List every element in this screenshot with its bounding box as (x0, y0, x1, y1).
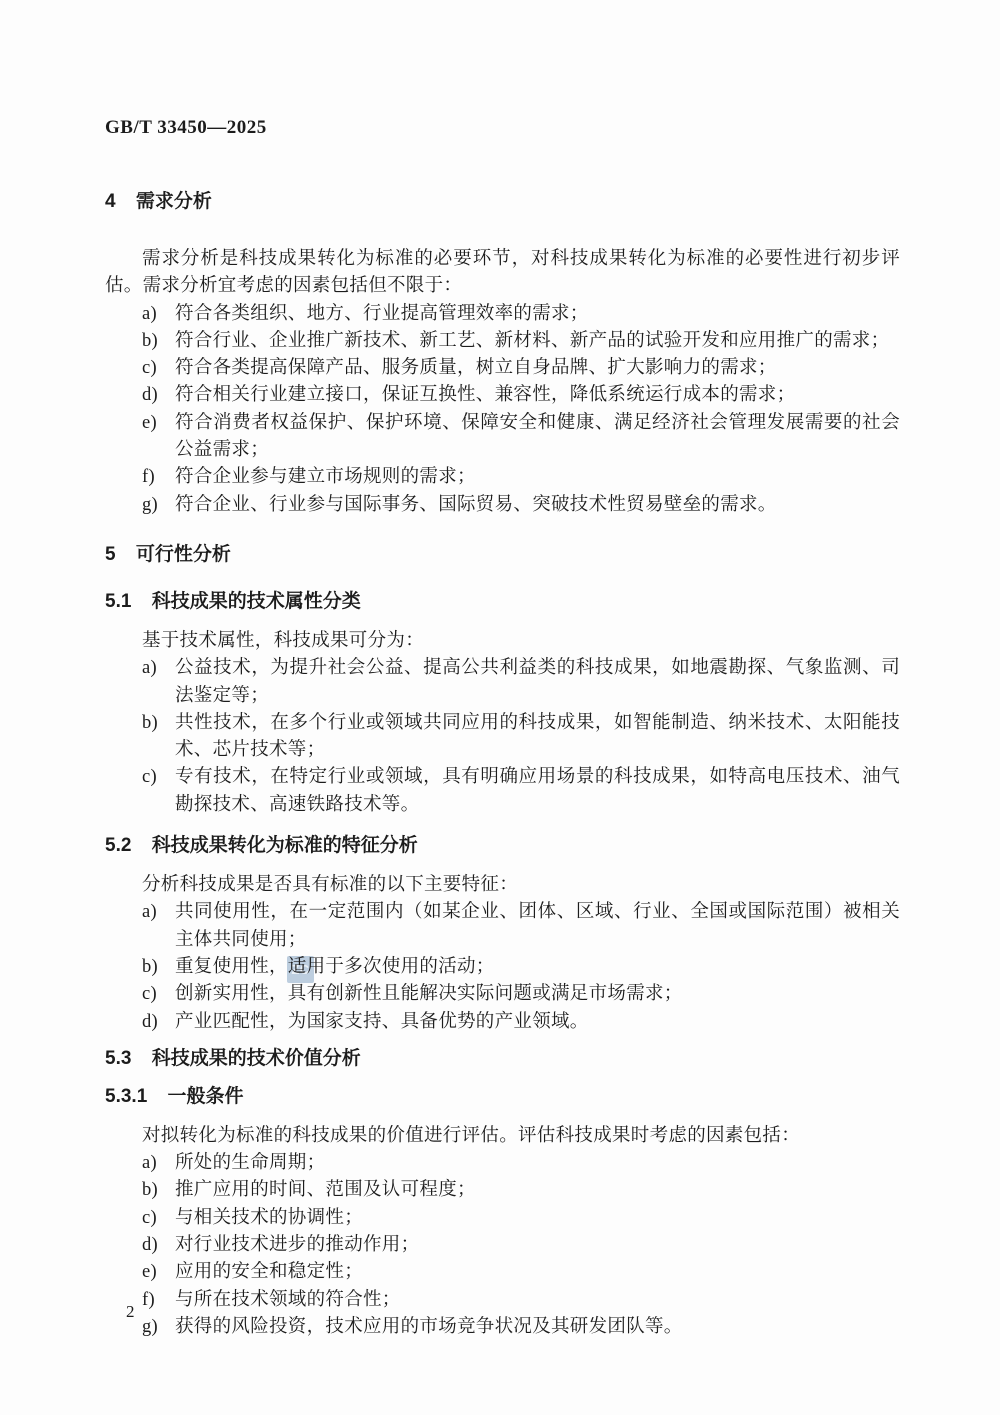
clause-5-1-number: 5.1 (105, 591, 131, 612)
list-item-text: 创新实用性，具有创新性且能解决实际问题或满足市场需求； (175, 984, 683, 1004)
clause-5-1-intro: 基于技术属性，科技成果可分为： (105, 628, 900, 655)
list-item-text: 共性技术，在多个行业或领域共同应用的科技成果，如智能制造、纳米技术、太阳能技术、… (175, 713, 900, 760)
list-item: b) 推广应用的时间、范围及认可程度； (105, 1177, 900, 1204)
list-item: c) 创新实用性，具有创新性且能解决实际问题或满足市场需求； (105, 981, 900, 1008)
list-item-text: 符合各类提高保障产品、服务质量，树立自身品牌、扩大影响力的需求； (175, 358, 777, 378)
clause-5-3-1-title: 一般条件 (168, 1086, 244, 1107)
list-item: b) 重复使用性，适用于多次使用的活动； (105, 954, 900, 981)
clause-5-3-title: 科技成果的技术价值分析 (152, 1048, 361, 1069)
clause-5-3-heading: 5.3 科技成果的技术价值分析 (105, 1045, 900, 1073)
list-item-label: g) (142, 1314, 158, 1341)
list-item-text: 符合企业、行业参与国际事务、国际贸易、突破技术性贸易壁垒的需求。 (175, 495, 777, 515)
list-item-label: f) (142, 464, 155, 491)
list-item-text: 符合企业参与建立市场规则的需求； (175, 467, 476, 487)
clause-5-3-1-list: a) 所处的生命周期； b) 推广应用的时间、范围及认可程度； c) 与相关技术… (105, 1150, 900, 1341)
list-item: b) 共性技术，在多个行业或领域共同应用的科技成果，如智能制造、纳米技术、太阳能… (105, 710, 900, 765)
list-item: d) 对行业技术进步的推动作用； (105, 1232, 900, 1259)
list-item: e) 符合消费者权益保护、保护环境、保障安全和健康、满足经济社会管理发展需要的社… (105, 410, 900, 465)
list-item: g) 获得的风险投资，技术应用的市场竞争状况及其研发团队等。 (105, 1314, 900, 1341)
list-item: a) 所处的生命周期； (105, 1150, 900, 1177)
list-item-text: 产业匹配性，为国家支持、具备优势的产业领域。 (175, 1012, 589, 1032)
list-item-label: b) (142, 710, 158, 737)
clause-4-intro: 需求分析是科技成果转化为标准的必要环节，对科技成果转化为标准的必要性进行初步评估… (105, 246, 900, 301)
list-item-label: d) (142, 1232, 158, 1259)
list-item: e) 应用的安全和稳定性； (105, 1259, 900, 1286)
list-item-label: c) (142, 1205, 157, 1232)
list-item-label: a) (142, 899, 157, 926)
clause-4-number: 4 (105, 191, 116, 212)
list-item-label: b) (142, 1177, 158, 1204)
clause-5-3-number: 5.3 (105, 1048, 131, 1069)
clause-5-heading: 5 可行性分析 (105, 541, 900, 569)
clause-5-3-1-intro: 对拟转化为标准的科技成果的价值进行评估。评估科技成果时考虑的因素包括： (105, 1123, 900, 1150)
list-item-label: f) (142, 1287, 155, 1314)
clause-5-2-intro: 分析科技成果是否具有标准的以下主要特征： (105, 872, 900, 899)
list-item-text: 应用的安全和稳定性； (175, 1262, 363, 1282)
clause-5-3-1-number: 5.3.1 (105, 1086, 147, 1107)
list-item-text: 推广应用的时间、范围及认可程度； (175, 1180, 476, 1200)
clause-4-list: a) 符合各类组织、地方、行业提高管理效率的需求； b) 符合行业、企业推广新技… (105, 301, 900, 519)
list-item-text: 获得的风险投资，技术应用的市场竞争状况及其研发团队等。 (175, 1317, 683, 1337)
list-item: d) 符合相关行业建立接口，保证互换性、兼容性，降低系统运行成本的需求； (105, 382, 900, 409)
list-item: f) 符合企业参与建立市场规则的需求； (105, 464, 900, 491)
list-item: d) 产业匹配性，为国家支持、具备优势的产业领域。 (105, 1009, 900, 1036)
list-item: c) 专有技术，在特定行业或领域，具有明确应用场景的科技成果，如特高电压技术、油… (105, 764, 900, 819)
list-item-text: 符合相关行业建立接口，保证互换性、兼容性，降低系统运行成本的需求； (175, 385, 795, 405)
list-item-label: b) (142, 954, 158, 981)
clause-5-1-title: 科技成果的技术属性分类 (152, 591, 361, 612)
page-number: 2 (126, 1300, 135, 1324)
list-item-label: e) (142, 410, 157, 437)
list-item-text: 所处的生命周期； (175, 1153, 325, 1173)
list-item-text: 对行业技术进步的推动作用； (175, 1235, 419, 1255)
list-item: c) 与相关技术的协调性； (105, 1205, 900, 1232)
standard-number-header: GB/T 33450—2025 (105, 0, 900, 142)
list-item-text: 符合消费者权益保护、保护环境、保障安全和健康、满足经济社会管理发展需要的社会公益… (175, 413, 900, 460)
list-item-label: g) (142, 492, 158, 519)
list-item-text: 与所在技术领域的符合性； (175, 1290, 401, 1310)
list-item: f) 与所在技术领域的符合性； (105, 1287, 900, 1314)
list-item: a) 符合各类组织、地方、行业提高管理效率的需求； (105, 301, 900, 328)
list-item-label: a) (142, 1150, 157, 1177)
list-item-label: d) (142, 382, 158, 409)
clause-4-heading: 4 需求分析 (105, 188, 900, 216)
list-item-label: e) (142, 1259, 157, 1286)
clause-5-2-number: 5.2 (105, 835, 131, 856)
list-item-text: 重复使用性，适用于多次使用的活动； (175, 957, 495, 977)
list-item: a) 公益技术，为提升社会公益、提高公共利益类的科技成果，如地震勘探、气象监测、… (105, 655, 900, 710)
list-item-text: 公益技术，为提升社会公益、提高公共利益类的科技成果，如地震勘探、气象监测、司法鉴… (175, 658, 900, 705)
list-item-text: 共同使用性，在一定范围内（如某企业、团体、区域、行业、全国或国际范围）被相关主体… (175, 902, 900, 949)
clause-5-2-list: a) 共同使用性，在一定范围内（如某企业、团体、区域、行业、全国或国际范围）被相… (105, 899, 900, 1035)
clause-5-number: 5 (105, 544, 116, 565)
list-item-label: b) (142, 328, 158, 355)
document-page: ZC GB/T 33450—2025 4 需求分析 需求分析是科技成果转化为标准… (0, 0, 1000, 1415)
clause-5-1-list: a) 公益技术，为提升社会公益、提高公共利益类的科技成果，如地震勘探、气象监测、… (105, 655, 900, 819)
list-item-text: 符合行业、企业推广新技术、新工艺、新材料、新产品的试验开发和应用推广的需求； (175, 331, 889, 351)
list-item: b) 符合行业、企业推广新技术、新工艺、新材料、新产品的试验开发和应用推广的需求… (105, 328, 900, 355)
list-item: g) 符合企业、行业参与国际事务、国际贸易、突破技术性贸易壁垒的需求。 (105, 492, 900, 519)
list-item-label: a) (142, 301, 157, 328)
clause-5-2-heading: 5.2 科技成果转化为标准的特征分析 (105, 832, 900, 860)
clause-5-3-1-heading: 5.3.1 一般条件 (105, 1083, 900, 1111)
clause-5-2-title: 科技成果转化为标准的特征分析 (152, 835, 418, 856)
list-item-text: 与相关技术的协调性； (175, 1208, 363, 1228)
list-item-label: c) (142, 355, 157, 382)
list-item: a) 共同使用性，在一定范围内（如某企业、团体、区域、行业、全国或国际范围）被相… (105, 899, 900, 954)
clause-5-1-heading: 5.1 科技成果的技术属性分类 (105, 588, 900, 616)
clause-5-title: 可行性分析 (136, 544, 231, 565)
list-item-label: c) (142, 981, 157, 1008)
list-item-text: 符合各类组织、地方、行业提高管理效率的需求； (175, 304, 589, 324)
clause-4-title: 需求分析 (136, 191, 212, 212)
list-item-label: c) (142, 764, 157, 791)
page-content: GB/T 33450—2025 4 需求分析 需求分析是科技成果转化为标准的必要… (0, 0, 1000, 1341)
list-item-label: d) (142, 1009, 158, 1036)
list-item-label: a) (142, 655, 157, 682)
list-item: c) 符合各类提高保障产品、服务质量，树立自身品牌、扩大影响力的需求； (105, 355, 900, 382)
list-item-text: 专有技术，在特定行业或领域，具有明确应用场景的科技成果，如特高电压技术、油气勘探… (175, 767, 900, 814)
